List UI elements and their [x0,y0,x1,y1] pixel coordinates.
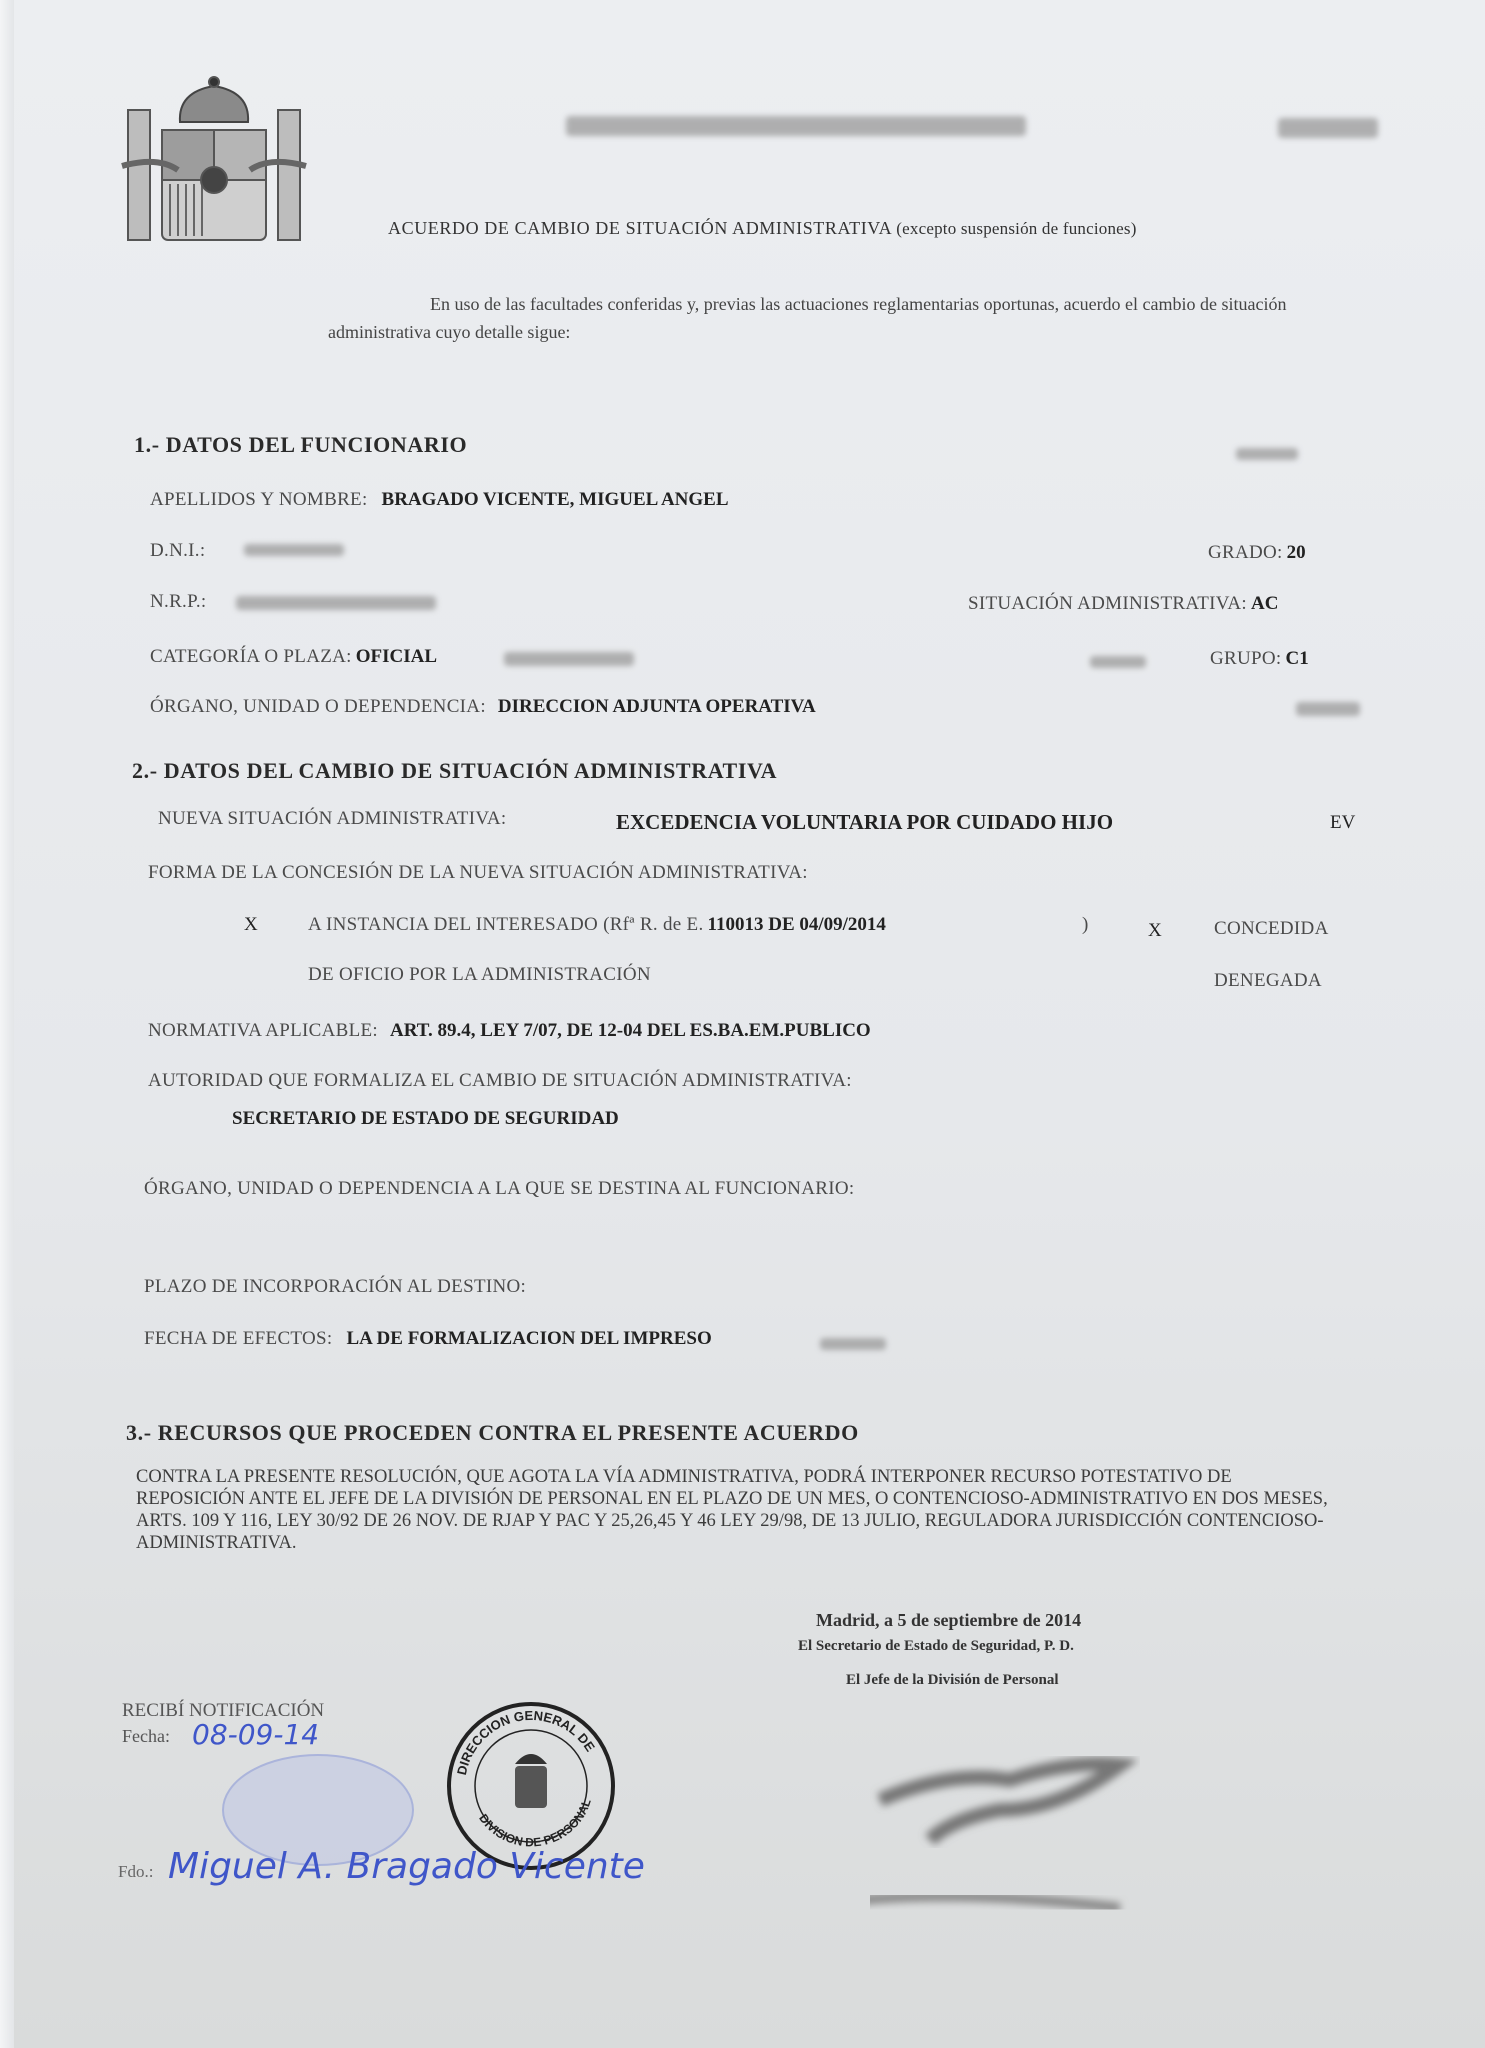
organo-value: DIRECCION ADJUNTA OPERATIVA [498,696,816,717]
concedida-label: CONCEDIDA [1214,918,1329,940]
organo-row: ÓRGANO, UNIDAD O DEPENDENCIA: DIRECCION … [150,696,816,718]
situacion-label: SITUACIÓN ADMINISTRATIVA: [968,593,1247,614]
fecha-efectos-row: FECHA DE EFECTOS: LA DE FORMALIZACION DE… [144,1328,712,1350]
document-title: ACUERDO DE CAMBIO DE SITUACIÓN ADMINISTR… [388,218,1137,239]
forma-label: FORMA DE LA CONCESIÓN DE LA NUEVA SITUAC… [148,862,808,884]
autoridad-value: SECRETARIO DE ESTADO DE SEGURIDAD [232,1108,619,1130]
grado-value: 20 [1287,542,1306,563]
grado-label: GRADO: [1208,542,1283,563]
autoridad-label: AUTORIDAD QUE FORMALIZA EL CAMBIO DE SIT… [148,1070,852,1092]
place-date: Madrid, a 5 de septiembre de 2014 [816,1610,1081,1631]
redacted-categoria [504,652,634,666]
apellidos-row: APELLIDOS Y NOMBRE: BRAGADO VICENTE, MIG… [150,489,729,511]
normativa-label: NORMATIVA APLICABLE: [148,1020,378,1041]
redacted-dni [244,544,344,556]
fdo-label: Fdo.: [118,1862,153,1882]
signer-line2: El Jefe de la División de Personal [846,1672,1059,1689]
redacted-field [1090,656,1146,668]
redacted-code [1278,118,1378,138]
oficio-label: DE OFICIO POR LA ADMINISTRACIÓN [308,964,651,986]
fecha-efectos-value: LA DE FORMALIZACION DEL IMPRESO [346,1328,711,1349]
signer-line1: El Secretario de Estado de Seguridad, P.… [798,1638,1074,1655]
instancia-ref: 110013 DE 04/09/2014 [708,914,886,935]
redacted-header [566,116,1026,136]
section3-heading: 3.- RECURSOS QUE PROCEDEN CONTRA EL PRES… [126,1420,859,1446]
section1-heading: 1.- DATOS DEL FUNCIONARIO [134,432,467,458]
concedida-checkbox: X [1148,920,1162,942]
dni-label: D.N.I.: [150,540,205,562]
instancia-close: ) [1082,914,1089,936]
denegada-label: DENEGADA [1214,970,1322,992]
spanish-coat-of-arms-icon [118,72,310,247]
categoria-row: CATEGORÍA O PLAZA: OFICIAL [150,646,437,668]
organo-label: ÓRGANO, UNIDAD O DEPENDENCIA: [150,696,486,717]
redacted-field [1236,448,1298,460]
section2-heading: 2.- DATOS DEL CAMBIO DE SITUACIÓN ADMINI… [132,758,777,784]
intro-paragraph: En uso de las facultades conferidas y, p… [328,290,1388,346]
nrp-label: N.R.P.: [150,591,206,613]
grupo-row: GRUPO: C1 [1210,648,1309,670]
normativa-value: ART. 89.4, LEY 7/07, DE 12-04 DEL ES.BA.… [390,1020,871,1041]
instancia-checkbox: X [244,914,258,936]
redacted-field [820,1338,886,1350]
title-note: (excepto suspensión de funciones) [896,219,1136,238]
instancia-label: A INSTANCIA DEL INTERESADO (Rfª R. de E. [308,914,704,935]
fecha-efectos-label: FECHA DE EFECTOS: [144,1328,332,1349]
categoria-label: CATEGORÍA O PLAZA: [150,646,352,667]
receipt-fecha-label: Fecha: [122,1726,170,1747]
nueva-value: EXCEDENCIA VOLUNTARIA POR CUIDADO HIJO [616,810,1113,835]
official-signature-redacted [870,1750,1140,1910]
situacion-value: AC [1251,593,1278,614]
grupo-value: C1 [1285,648,1308,669]
nueva-code: EV [1330,812,1355,834]
destino-label: ÓRGANO, UNIDAD O DEPENDENCIA A LA QUE SE… [144,1178,854,1200]
redacted-field [1296,702,1360,716]
redacted-nrp [236,596,436,610]
grado-row: GRADO: 20 [1208,542,1306,564]
apellidos-label: APELLIDOS Y NOMBRE: [150,489,368,510]
situacion-row: SITUACIÓN ADMINISTRATIVA: AC [968,593,1278,615]
normativa-row: NORMATIVA APLICABLE: ART. 89.4, LEY 7/07… [148,1020,871,1042]
plazo-label: PLAZO DE INCORPORACIÓN AL DESTINO: [144,1276,526,1298]
recursos-paragraph: CONTRA LA PRESENTE RESOLUCIÓN, QUE AGOTA… [136,1466,1336,1554]
apellidos-value: BRAGADO VICENTE, MIGUEL ANGEL [382,489,729,510]
categoria-value: OFICIAL [356,646,437,667]
title-main: ACUERDO DE CAMBIO DE SITUACIÓN ADMINISTR… [388,218,891,238]
paper-edge [0,0,14,2048]
grupo-label: GRUPO: [1210,648,1281,669]
nueva-label: NUEVA SITUACIÓN ADMINISTRATIVA: [158,808,507,830]
fdo-handwritten-signature: Miguel A. Bragado Vicente [168,1846,645,1887]
instancia-row: A INSTANCIA DEL INTERESADO (Rfª R. de E.… [308,914,886,936]
